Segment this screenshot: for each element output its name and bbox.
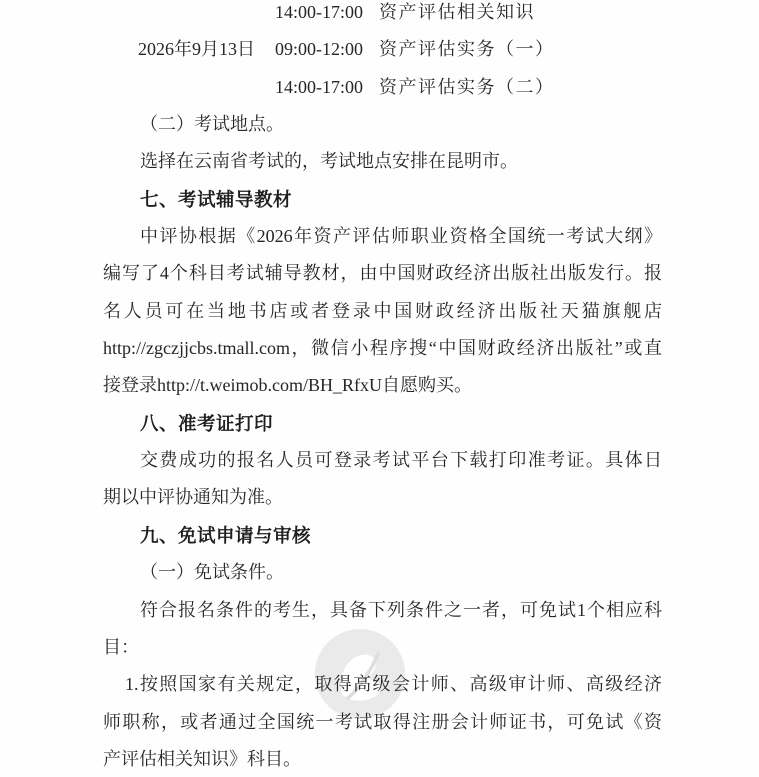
- paragraph-line: 产评估相关知识》科目。: [103, 741, 662, 777]
- schedule-row: 2026年9月13日 09:00-12:00 资产评估实务（一）: [103, 31, 662, 68]
- subsection-title: （一）免试条件。: [103, 554, 662, 591]
- schedule-time: 14:00-17:00: [275, 69, 363, 106]
- paragraph-line: 选择在云南省考试的，考试地点安排在昆明市。: [103, 143, 662, 180]
- schedule-row: 14:00-17:00 资产评估相关知识: [103, 0, 662, 31]
- schedule-row: 14:00-17:00 资产评估实务（二）: [103, 69, 662, 106]
- paragraph-line: 师职称，或者通过全国统一考试取得注册会计师证书，可免试《资: [103, 704, 662, 741]
- list-item: 1.按照国家有关规定，取得高级会计师、高级审计师、高级经济: [103, 666, 662, 703]
- paragraph-line: 交费成功的报名人员可登录考试平台下载打印准考证。具体日: [103, 442, 662, 479]
- schedule-time: 09:00-12:00: [275, 31, 363, 68]
- schedule-subject: 资产评估实务（二）: [379, 69, 555, 106]
- paragraph-line-url: http://zgczjjcbs.tmall.com，微信小程序搜“中国财政经济…: [103, 330, 662, 367]
- paragraph-line: 期以中评协通知为准。: [103, 479, 662, 516]
- paragraph-line: 目：: [103, 629, 662, 666]
- paragraph-line: 编写了4个科目考试辅导教材，由中国财政经济出版社出版发行。报: [103, 255, 662, 292]
- schedule-subject: 资产评估相关知识: [379, 0, 535, 31]
- paragraph-line: 符合报名条件的考生，具备下列条件之一者，可免试1个相应科: [103, 592, 662, 629]
- section-heading: 七、考试辅导教材: [103, 181, 662, 218]
- document-page: 14:00-17:00 资产评估相关知识 2026年9月13日 09:00-12…: [0, 0, 759, 777]
- section-heading: 九、免试申请与审核: [103, 517, 662, 554]
- paragraph-line: 名人员可在当地书店或者登录中国财政经济出版社天猫旗舰店: [103, 293, 662, 330]
- paragraph-line: 中评协根据《2026年资产评估师职业资格全国统一考试大纲》: [103, 218, 662, 255]
- schedule-time: 14:00-17:00: [275, 0, 363, 31]
- schedule-date: 2026年9月13日: [138, 31, 255, 68]
- subsection-title: （二）考试地点。: [103, 106, 662, 143]
- schedule-subject: 资产评估实务（一）: [379, 31, 555, 68]
- section-heading: 八、准考证打印: [103, 405, 662, 442]
- document-text-block: 14:00-17:00 资产评估相关知识 2026年9月13日 09:00-12…: [103, 0, 662, 777]
- paragraph-line-url: 接登录http://t.weimob.com/BH_RfxU自愿购买。: [103, 367, 662, 404]
